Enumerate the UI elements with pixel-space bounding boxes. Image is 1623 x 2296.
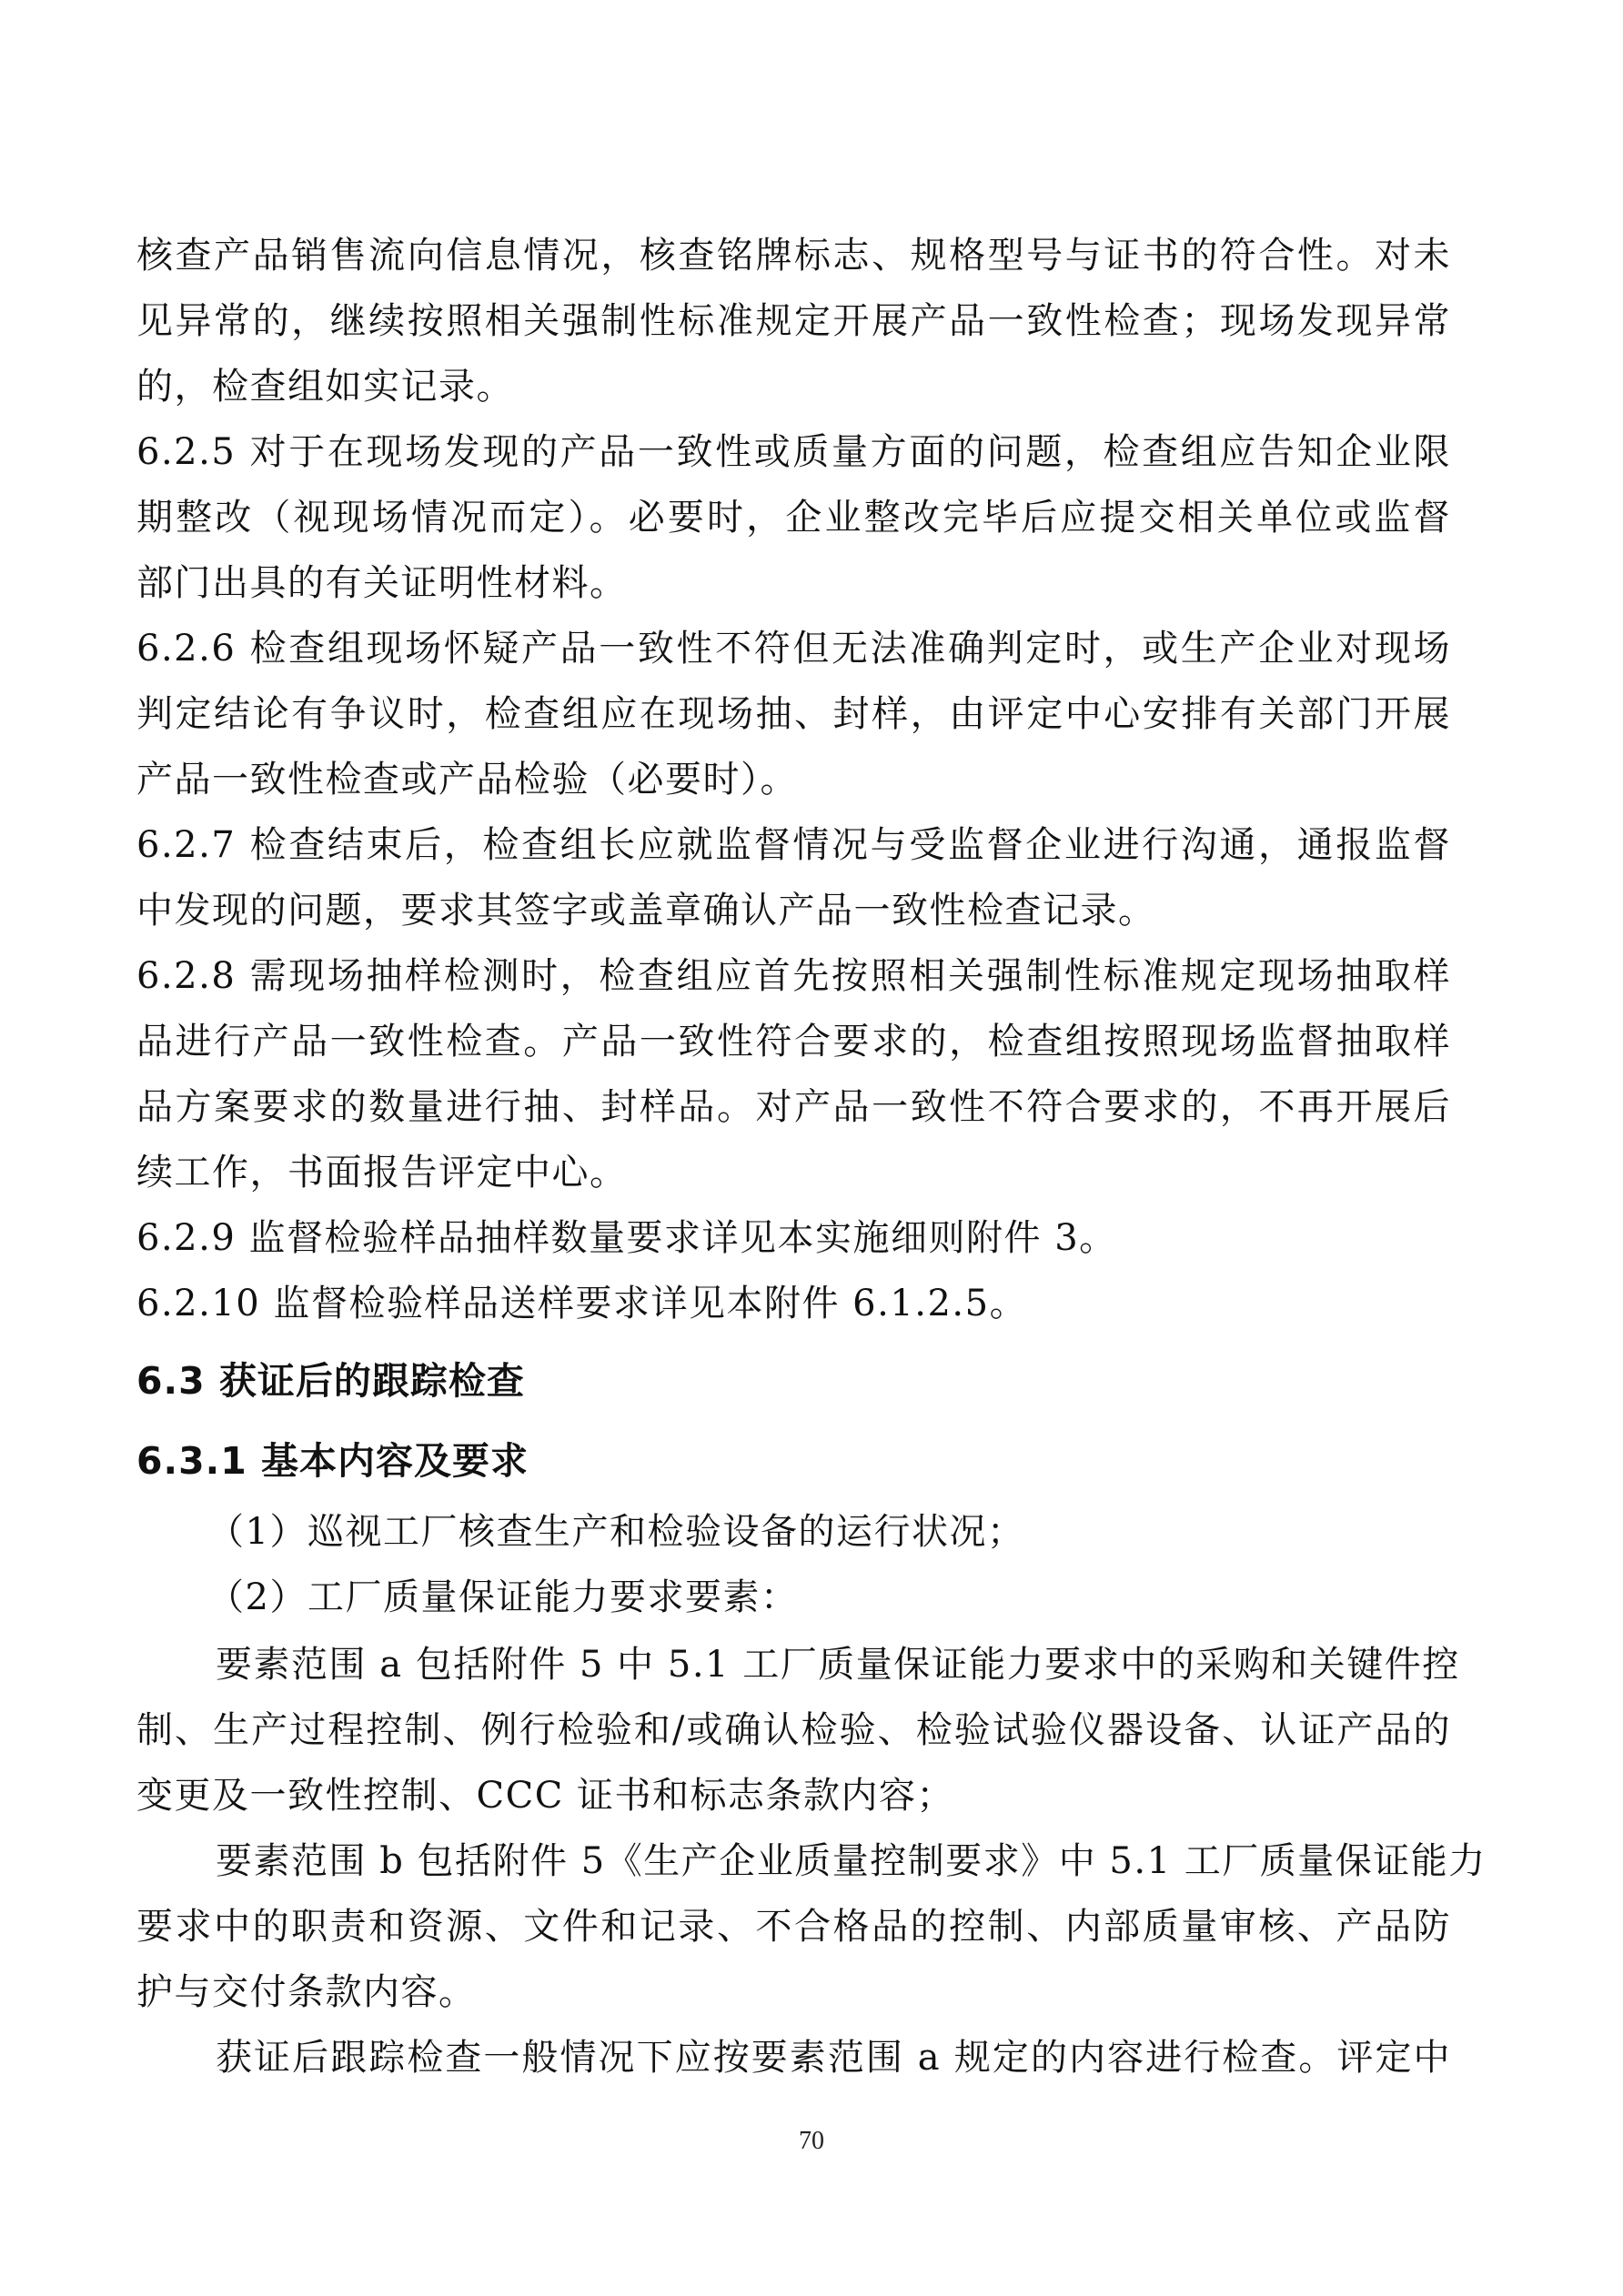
clause-6-2-10-line: 6.2.10 监督检验样品送样要求详见本附件 6.1.2.5。: [136, 1276, 1451, 1331]
paragraph-line: 核查产品销售流向信息情况，核查铭牌标志、规格型号与证书的符合性。对未: [136, 228, 1451, 283]
clause-6-2-5-line: 部门出具的有关证明性材料。: [136, 556, 1451, 610]
clause-6-2-9-line: 6.2.9 监督检验样品抽样数量要求详见本实施细则附件 3。: [136, 1211, 1451, 1265]
scope-b-line: 要素范围 b 包括附件 5《生产企业质量控制要求》中 5.1 工厂质量保证能力: [216, 1834, 1451, 1888]
section-heading-6-3: 6.3 获证后的跟踪检查: [136, 1354, 525, 1408]
clause-6-2-5-line: 6.2.5 对于在现场发现的产品一致性或质量方面的问题，检查组应告知企业限: [136, 425, 1451, 479]
list-item: （2）工厂质量保证能力要求要素：: [207, 1570, 1451, 1625]
clause-6-2-5-line: 期整改（视现场情况而定）。必要时，企业整改完毕后应提交相关单位或监督: [136, 490, 1451, 545]
scope-a-line: 制、生产过程控制、例行检验和/或确认检验、检验试验仪器设备、认证产品的: [136, 1703, 1451, 1757]
section-heading-6-3-1: 6.3.1 基本内容及要求: [136, 1434, 529, 1488]
clause-6-2-6-line: 产品一致性检查或产品检验（必要时）。: [136, 752, 1451, 807]
clause-6-2-8-line: 品进行产品一致性检查。产品一致性符合要求的，检查组按照现场监督抽取样: [136, 1014, 1451, 1069]
clause-6-2-8-line: 6.2.8 需现场抽样检测时，检查组应首先按照相关强制性标准规定现场抽取样: [136, 949, 1451, 1003]
clause-6-2-8-line: 品方案要求的数量进行抽、封样品。对产品一致性不符合要求的，不再开展后: [136, 1080, 1451, 1134]
scope-a-line: 要素范围 a 包括附件 5 中 5.1 工厂质量保证能力要求中的采购和关键件控: [216, 1637, 1451, 1692]
scope-a-line: 变更及一致性控制、CCC 证书和标志条款内容；: [136, 1768, 1451, 1823]
clause-6-2-6-line: 判定结论有争议时，检查组应在现场抽、封样，由评定中心安排有关部门开展: [136, 687, 1451, 741]
clause-6-2-6-line: 6.2.6 检查组现场怀疑产品一致性不符但无法准确判定时，或生产企业对现场: [136, 621, 1451, 676]
closing-paragraph-line: 获证后跟踪检查一般情况下应按要素范围 a 规定的内容进行检查。评定中: [216, 2030, 1451, 2085]
document-page: 核查产品销售流向信息情况，核查铭牌标志、规格型号与证书的符合性。对未 见异常的，…: [0, 0, 1623, 2296]
scope-b-line: 护与交付条款内容。: [136, 1965, 1451, 2019]
clause-6-2-7-line: 6.2.7 检查结束后，检查组长应就监督情况与受监督企业进行沟通，通报监督: [136, 818, 1451, 872]
paragraph-line: 见异常的，继续按照相关强制性标准规定开展产品一致性检查；现场发现异常: [136, 294, 1451, 348]
clause-6-2-8-line: 续工作，书面报告评定中心。: [136, 1145, 1451, 1200]
list-item: （1）巡视工厂核查生产和检验设备的运行状况；: [207, 1505, 1451, 1559]
clause-6-2-7-line: 中发现的问题，要求其签字或盖章确认产品一致性检查记录。: [136, 883, 1451, 938]
scope-b-line: 要求中的职责和资源、文件和记录、不合格品的控制、内部质量审核、产品防: [136, 1899, 1451, 1954]
paragraph-line: 的，检查组如实记录。: [136, 359, 1451, 414]
page-number: 70: [0, 2127, 1623, 2156]
